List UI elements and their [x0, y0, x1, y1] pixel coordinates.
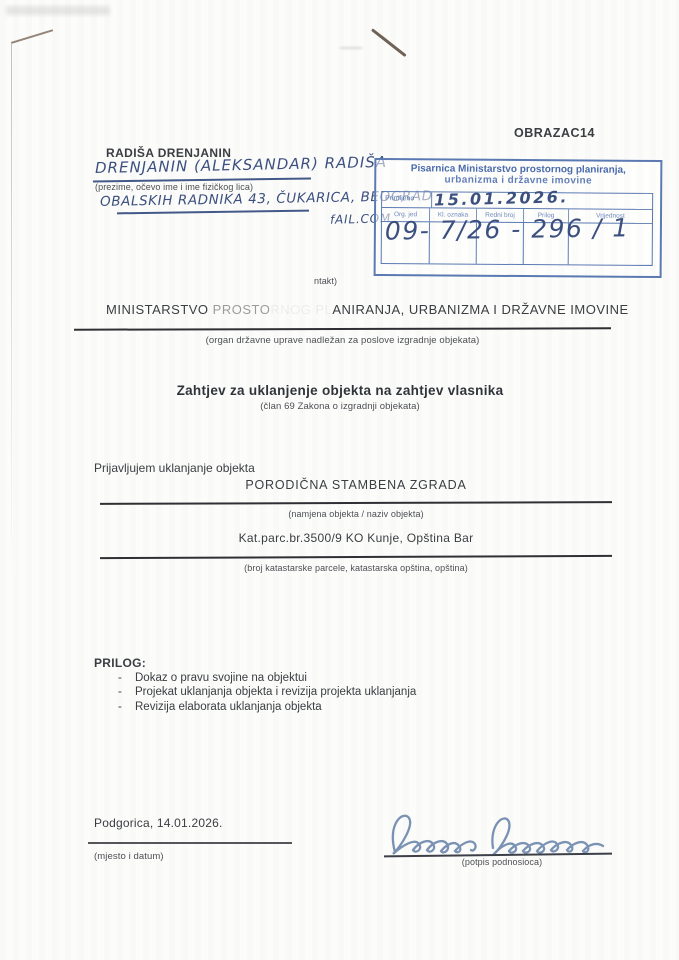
scan-artifact-corner-line [11, 29, 54, 44]
attachment-item: -Projekat uklanjanja objekta i revizija … [118, 686, 416, 698]
place-underline [88, 842, 292, 844]
parcel-underline [100, 555, 612, 559]
ministry-part-faded: PROSTO [213, 302, 271, 317]
name-caption: (prezime, očevo ime i ime fizičkog lica) [95, 182, 253, 192]
form-subtitle: (član 69 Zakona o izgradnji objekata) [50, 401, 630, 412]
receipt-stamp: Pisarnica Ministarstvo prostornog planir… [374, 158, 663, 278]
object-underline [100, 501, 612, 504]
scan-artifact-staple-mark [371, 28, 406, 57]
signature-caption: (potpis podnosioca) [432, 857, 572, 867]
attachment-item-label: Dokaz o pravu svojine na objektui [135, 672, 307, 684]
place-caption: (mjesto i datum) [94, 851, 164, 862]
scanned-document-page: OBRAZAC14 RADIŠA DRENJANIN DRENJANIN (AL… [0, 0, 679, 960]
handwritten-underline [117, 210, 309, 214]
received-label: Primljeno [382, 192, 432, 207]
attachment-item-label: Revizija elaborata uklanjanja objekta [135, 701, 322, 713]
parcel-caption: (broj katastarske parcele, katastarska o… [100, 563, 612, 573]
scan-artifact-paper-edge [11, 44, 12, 584]
ministry-part: ANIRANJA, URBANIZMA I DRŽAVNE IMOVINE [332, 302, 628, 317]
ministry-part-hidden: RNOG PL [270, 302, 332, 317]
place-and-date: Podgorica, 14.01.2026. [94, 816, 223, 830]
ministry-caption: (organ državne uprave nadležan za poslov… [74, 335, 611, 346]
stamp-table: Primljeno Org. jed Kl. oznaka Redni broj… [381, 191, 654, 266]
scan-artifact-smudge [340, 47, 362, 49]
stamp-title-line2: urbanizma i državne imovine [376, 174, 660, 187]
ministry-underline [74, 327, 611, 330]
parcel-number: Kat.parc.br.3500/9 KO Kunje, Opština Bar [100, 531, 612, 545]
bullet-dash: - [118, 701, 135, 713]
case-number-handwritten: 09- 7/26 - 296 / 1 [385, 213, 630, 245]
ministry-name: MINISTARSTVO PROSTORNOG PLANIRANJA, URBA… [106, 302, 626, 317]
received-date-handwritten: 15.01.2026. [434, 187, 569, 209]
form-title: Zahtjev za uklanjenje objekta na zahtjev… [50, 383, 630, 398]
scan-artifact-top-smudge [6, 6, 110, 15]
declaration-intro: Prijavljujem uklanjanje objekta [94, 461, 255, 475]
form-code: OBRAZAC14 [514, 126, 595, 140]
ministry-part: MINISTARSTVO [106, 302, 213, 317]
contact-caption-fragment: ntakt) [314, 276, 337, 286]
bullet-dash: - [118, 686, 135, 698]
attachment-item: -Dokaz o pravu svojine na objektui [118, 672, 307, 684]
bullet-dash: - [118, 672, 135, 684]
attachment-item-label: Projekat uklanjanja objekta i revizija p… [135, 686, 416, 698]
object-caption: (namjena objekta / naziv objekta) [100, 509, 612, 519]
attachments-heading: PRILOG: [94, 656, 146, 670]
object-name: PORODIČNA STAMBENA ZGRADA [100, 478, 612, 492]
attachment-item: -Revizija elaborata uklanjanja objekta [118, 701, 322, 713]
